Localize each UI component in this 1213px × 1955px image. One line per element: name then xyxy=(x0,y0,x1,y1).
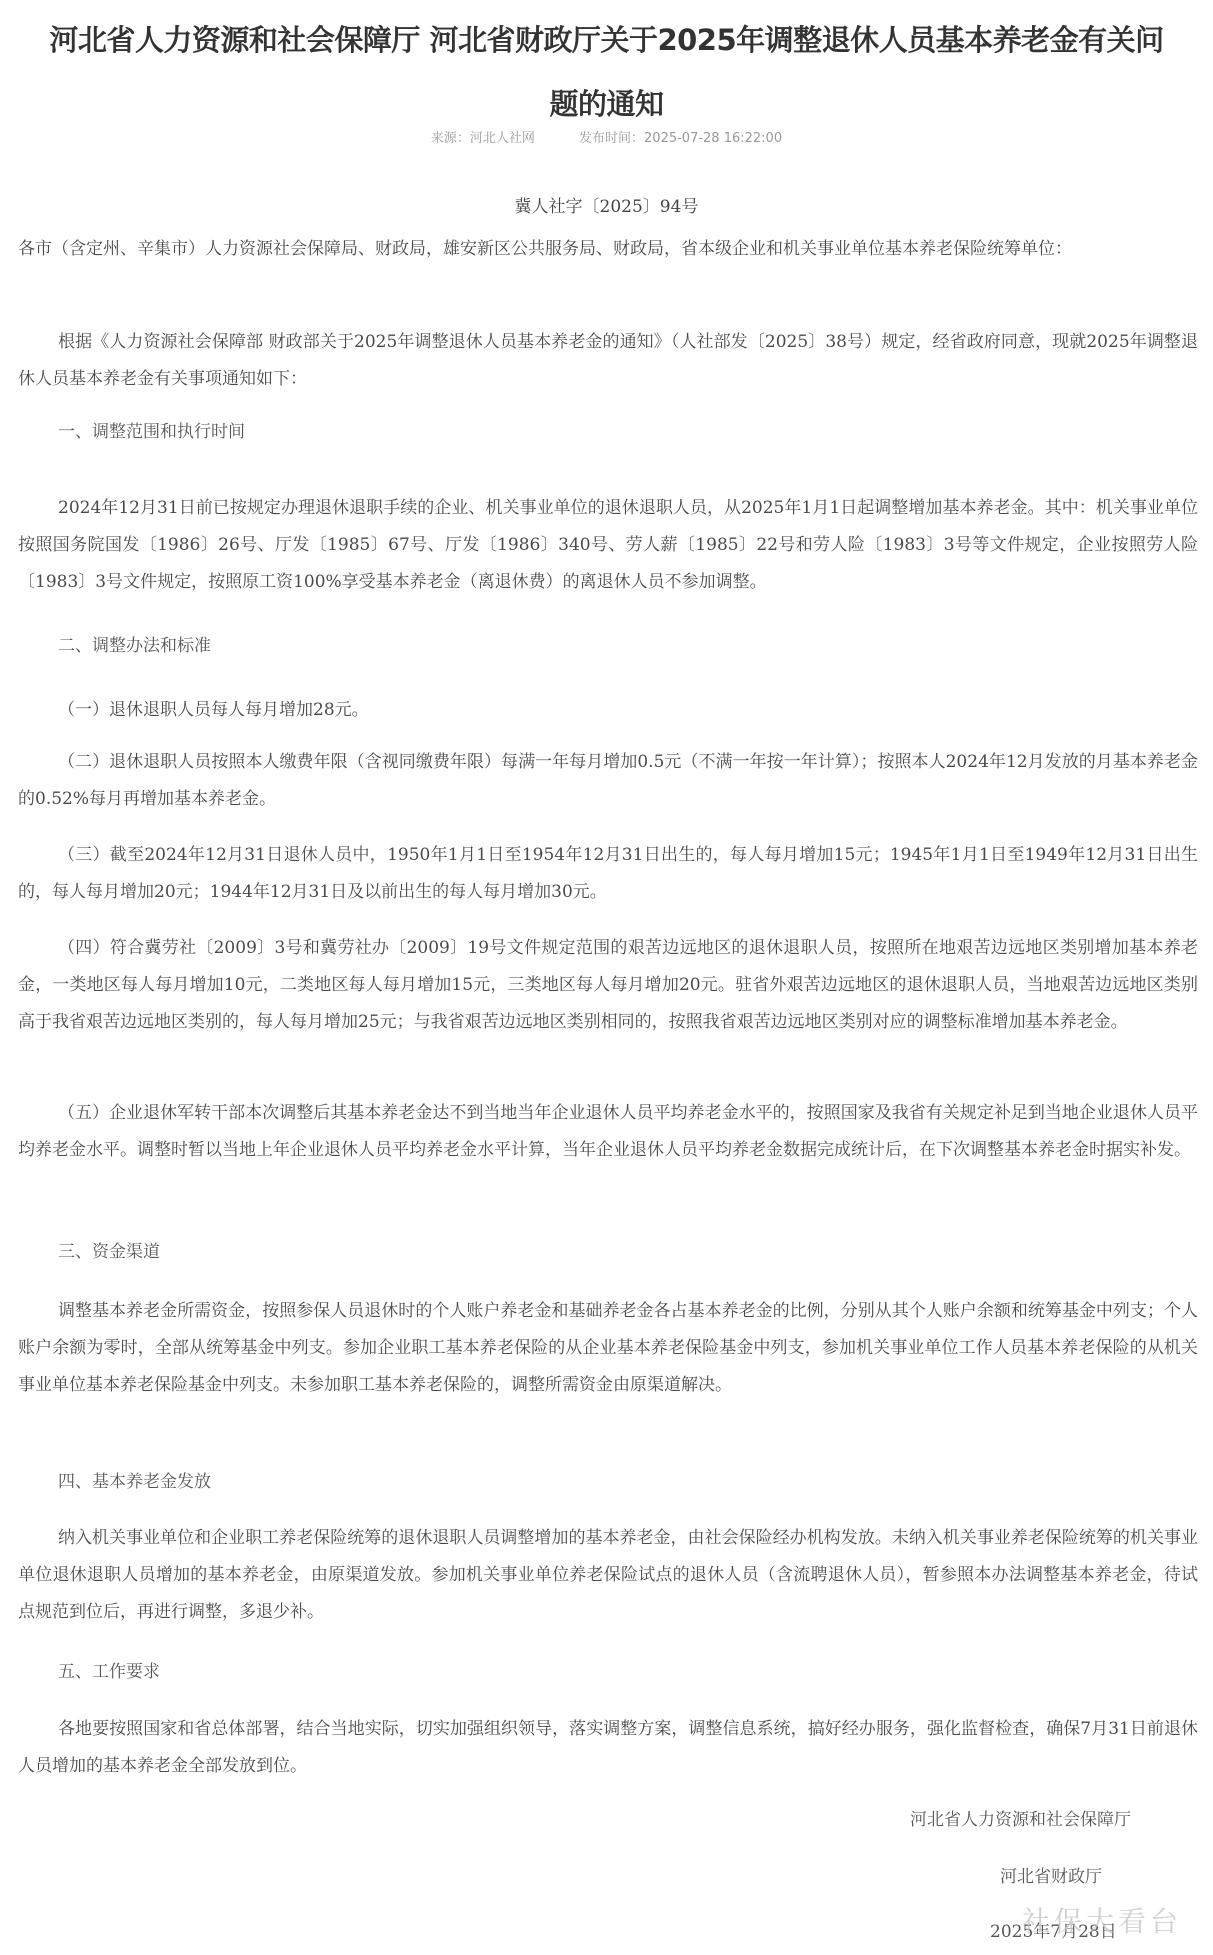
section-heading-3: 三、资金渠道 xyxy=(58,1237,160,1262)
addressee: 各市（含定州、辛集市）人力资源社会保障局、财政局，雄安新区公共服务局、财政局，省… xyxy=(18,231,1198,268)
section-4-paragraph-1: 纳入机关事业单位和企业职工养老保险统筹的退休退职人员调整增加的基本养老金，由社会… xyxy=(18,1520,1198,1631)
article-title: 河北省人力资源和社会保障厅 河北省财政厅关于2025年调整退休人员基本养老金有关… xyxy=(0,8,1213,136)
section-heading-5: 五、工作要求 xyxy=(58,1657,160,1682)
signature-org-finance: 河北省财政厅 xyxy=(1000,1862,1102,1887)
section-2-item-2: （二）退休退职人员按照本人缴费年限（含视同缴费年限）每满一年每月增加0.5元（不… xyxy=(18,744,1198,818)
section-heading-1: 一、调整范围和执行时间 xyxy=(58,417,245,442)
article-meta: 来源：河北人社网 发布时间：2025-07-28 16:22:00 xyxy=(0,127,1213,146)
section-2-item-1: （一）退休退职人员每人每月增加28元。 xyxy=(18,692,1198,729)
section-3-paragraph-1: 调整基本养老金所需资金，按照参保人员退休时的个人账户养老金和基础养老金各占基本养… xyxy=(18,1293,1198,1404)
article-publish-time: 发布时间：2025-07-28 16:22:00 xyxy=(579,131,782,146)
section-5-paragraph-1: 各地要按照国家和省总体部署，结合当地实际，切实加强组织领导，落实调整方案，调整信… xyxy=(18,1711,1198,1785)
article-source: 来源：河北人社网 xyxy=(431,131,535,146)
section-1-paragraph-1: 2024年12月31日前已按规定办理退休退职手续的企业、机关事业单位的退休退职人… xyxy=(18,490,1198,601)
watermark: 社保大看台 xyxy=(1022,1900,1182,1940)
document-number: 冀人社字〔2025〕94号 xyxy=(0,192,1213,217)
notice-page: 河北省人力资源和社会保障厅 河北省财政厅关于2025年调整退休人员基本养老金有关… xyxy=(0,0,1213,1955)
section-heading-2: 二、调整办法和标准 xyxy=(58,631,211,656)
intro-paragraph: 根据《人力资源社会保障部 财政部关于2025年调整退休人员基本养老金的通知》（人… xyxy=(18,324,1198,398)
section-2-item-3: （三）截至2024年12月31日退休人员中，1950年1月1日至1954年12月… xyxy=(18,837,1198,911)
section-heading-4: 四、基本养老金发放 xyxy=(58,1467,211,1492)
article-title-line-1: 河北省人力资源和社会保障厅 河北省财政厅关于2025年调整退休人员基本养老金有关… xyxy=(0,8,1213,72)
section-2-item-5: （五）企业退休军转干部本次调整后其基本养老金达不到当地当年企业退休人员平均养老金… xyxy=(18,1095,1198,1169)
section-2-item-4: （四）符合冀劳社〔2009〕3号和冀劳社办〔2009〕19号文件规定范围的艰苦边… xyxy=(18,930,1198,1041)
signature-org-hr: 河北省人力资源和社会保障厅 xyxy=(910,1805,1131,1830)
